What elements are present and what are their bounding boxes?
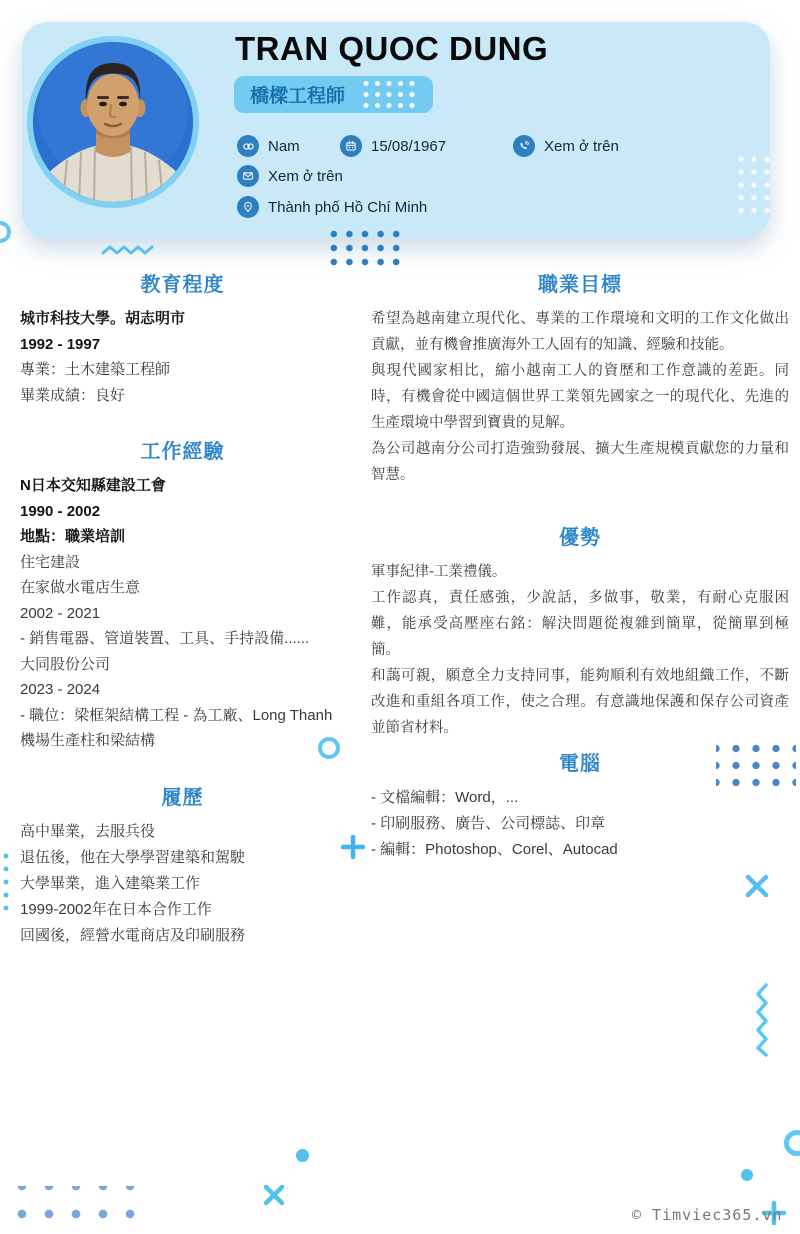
card-white-dots-decoration [733, 152, 775, 218]
ring-decoration [784, 1130, 800, 1156]
profile-photo [27, 36, 199, 208]
info-location: Thành phố Hồ Chí Minh [237, 196, 427, 218]
job-title-badge: 橋樑工程師 [234, 76, 433, 113]
history-item: 退伍後，他在大學學習建築和駕駛 [20, 845, 345, 871]
experience-item: - 銷售電器、管道裝置、工具、手持設備...... [20, 626, 345, 652]
computer-item: - 印刷服務、廣告、公司標誌、印章 [371, 811, 789, 837]
experience-item: 在家做水電店生意 [20, 575, 345, 601]
objective-paragraph: 為公司越南分公司打造強勁發展、擴大生產規模貢獻您的力量和智慧。 [371, 436, 789, 488]
info-phone: Xem ở trên [513, 135, 619, 157]
candidate-name: TRAN QUOC DUNG [235, 30, 548, 68]
history-item: 1999-2002年在日本合作工作 [20, 897, 345, 923]
experience-item: 2002 - 2021 [20, 601, 345, 627]
section-history: 履歷 高中畢業，去服兵役 退伍後，他在大學學習建築和駕駛 大學畢業，進入建築業工… [20, 781, 345, 949]
experience-item: N日本交知縣建設工會 [20, 473, 345, 499]
phone-icon [513, 135, 535, 157]
strengths-heading: 優勢 [371, 521, 789, 550]
section-objective: 職業目標 希望為越南建立現代化、專業的工作環境和文明的工作文化做出貢獻，並有機會… [371, 268, 789, 488]
section-experience: 工作經驗 N日本交知縣建設工會 1990 - 2002 地點：職業培訓 住宅建設… [20, 435, 345, 754]
strengths-paragraph: 軍事紀律-工業禮儀。 [371, 559, 789, 585]
dots-column-decoration [0, 849, 12, 915]
objective-paragraph: 希望為越南建立現代化、專業的工作環境和文明的工作文化做出貢獻，並有機會推廣海外工… [371, 306, 789, 358]
header-card: TRAN QUOC DUNG 橋樑工程師 Nam 15/08/1967 [22, 22, 770, 238]
ring-decoration [0, 221, 11, 243]
email-icon [237, 165, 259, 187]
experience-heading: 工作經驗 [20, 435, 345, 464]
experience-item: 地點：職業培訓 [20, 524, 345, 550]
dot-decoration [741, 1169, 753, 1181]
calendar-icon [340, 135, 362, 157]
experience-item: - 職位：梁框架結構工程 - 為工廠、Long Thanh 機場生產柱和梁結構 [20, 703, 345, 754]
footer-credit[interactable]: © Timviec365.vn [632, 1206, 782, 1224]
objective-heading: 職業目標 [371, 268, 789, 297]
portrait-illustration [33, 42, 193, 202]
dob-value: 15/08/1967 [371, 138, 446, 155]
experience-item: 2023 - 2024 [20, 677, 345, 703]
gender-icon [237, 135, 259, 157]
plus-icon [341, 835, 365, 859]
email-value: Xem ở trên [268, 168, 343, 185]
education-item: 專業：土木建築工程師 [20, 357, 345, 383]
section-strengths: 優勢 軍事紀律-工業禮儀。 工作認真，責任感強，少說話，多做事，敬業，有耐心克服… [371, 521, 789, 741]
badge-dots-decoration [361, 79, 417, 110]
objective-paragraph: 與現代國家相比，縮小越南工人的資歷和工作意識的差距。同時，有機會從中國這個世界工… [371, 358, 789, 436]
dots-grid-decoration [326, 226, 404, 270]
experience-item: 住宅建設 [20, 550, 345, 576]
computer-item: - 編輯：Photoshop、Corel、Autocad [371, 837, 789, 863]
history-heading: 履歷 [20, 781, 345, 810]
job-title-label: 橋樑工程師 [250, 81, 345, 108]
dots-grid-decoration [716, 740, 796, 791]
section-education: 教育程度 城市科技大學。胡志明市 1992 - 1997 專業：土木建築工程師 … [20, 268, 345, 408]
gender-value: Nam [268, 138, 300, 155]
experience-item: 大同股份公司 [20, 652, 345, 678]
ring-decoration [318, 737, 340, 759]
dot-decoration [296, 1149, 309, 1162]
info-gender: Nam [237, 135, 300, 157]
location-value: Thành phố Hồ Chí Minh [268, 199, 427, 216]
education-item: 畢業成績：良好 [20, 383, 345, 409]
x-icon [745, 874, 769, 898]
education-item: 城市科技大學。胡志明市 [20, 306, 345, 332]
strengths-paragraph: 工作認真，責任感強，少說話，多做事，敬業，有耐心克服困難，能承受高壓座右銘：解決… [371, 585, 789, 663]
info-email: Xem ở trên [237, 165, 343, 187]
experience-item: 1990 - 2002 [20, 499, 345, 525]
info-dob: 15/08/1967 [340, 135, 446, 157]
history-item: 回國後，經營水電商店及印刷服務 [20, 923, 345, 949]
x-icon [263, 1184, 285, 1206]
education-heading: 教育程度 [20, 268, 345, 297]
phone-value: Xem ở trên [544, 138, 619, 155]
education-item: 1992 - 1997 [20, 332, 345, 358]
strengths-paragraph: 和藹可親，願意全力支持同事，能夠順利有效地組織工作，不斷改進和重組各項工作，使之… [371, 663, 789, 741]
history-item: 大學畢業，進入建築業工作 [20, 871, 345, 897]
location-icon [237, 196, 259, 218]
zigzag-decoration [754, 983, 770, 1057]
wave-squiggle-decoration [101, 243, 155, 257]
history-item: 高中畢業，去服兵役 [20, 819, 345, 845]
dots-grid-decoration [8, 1186, 144, 1234]
